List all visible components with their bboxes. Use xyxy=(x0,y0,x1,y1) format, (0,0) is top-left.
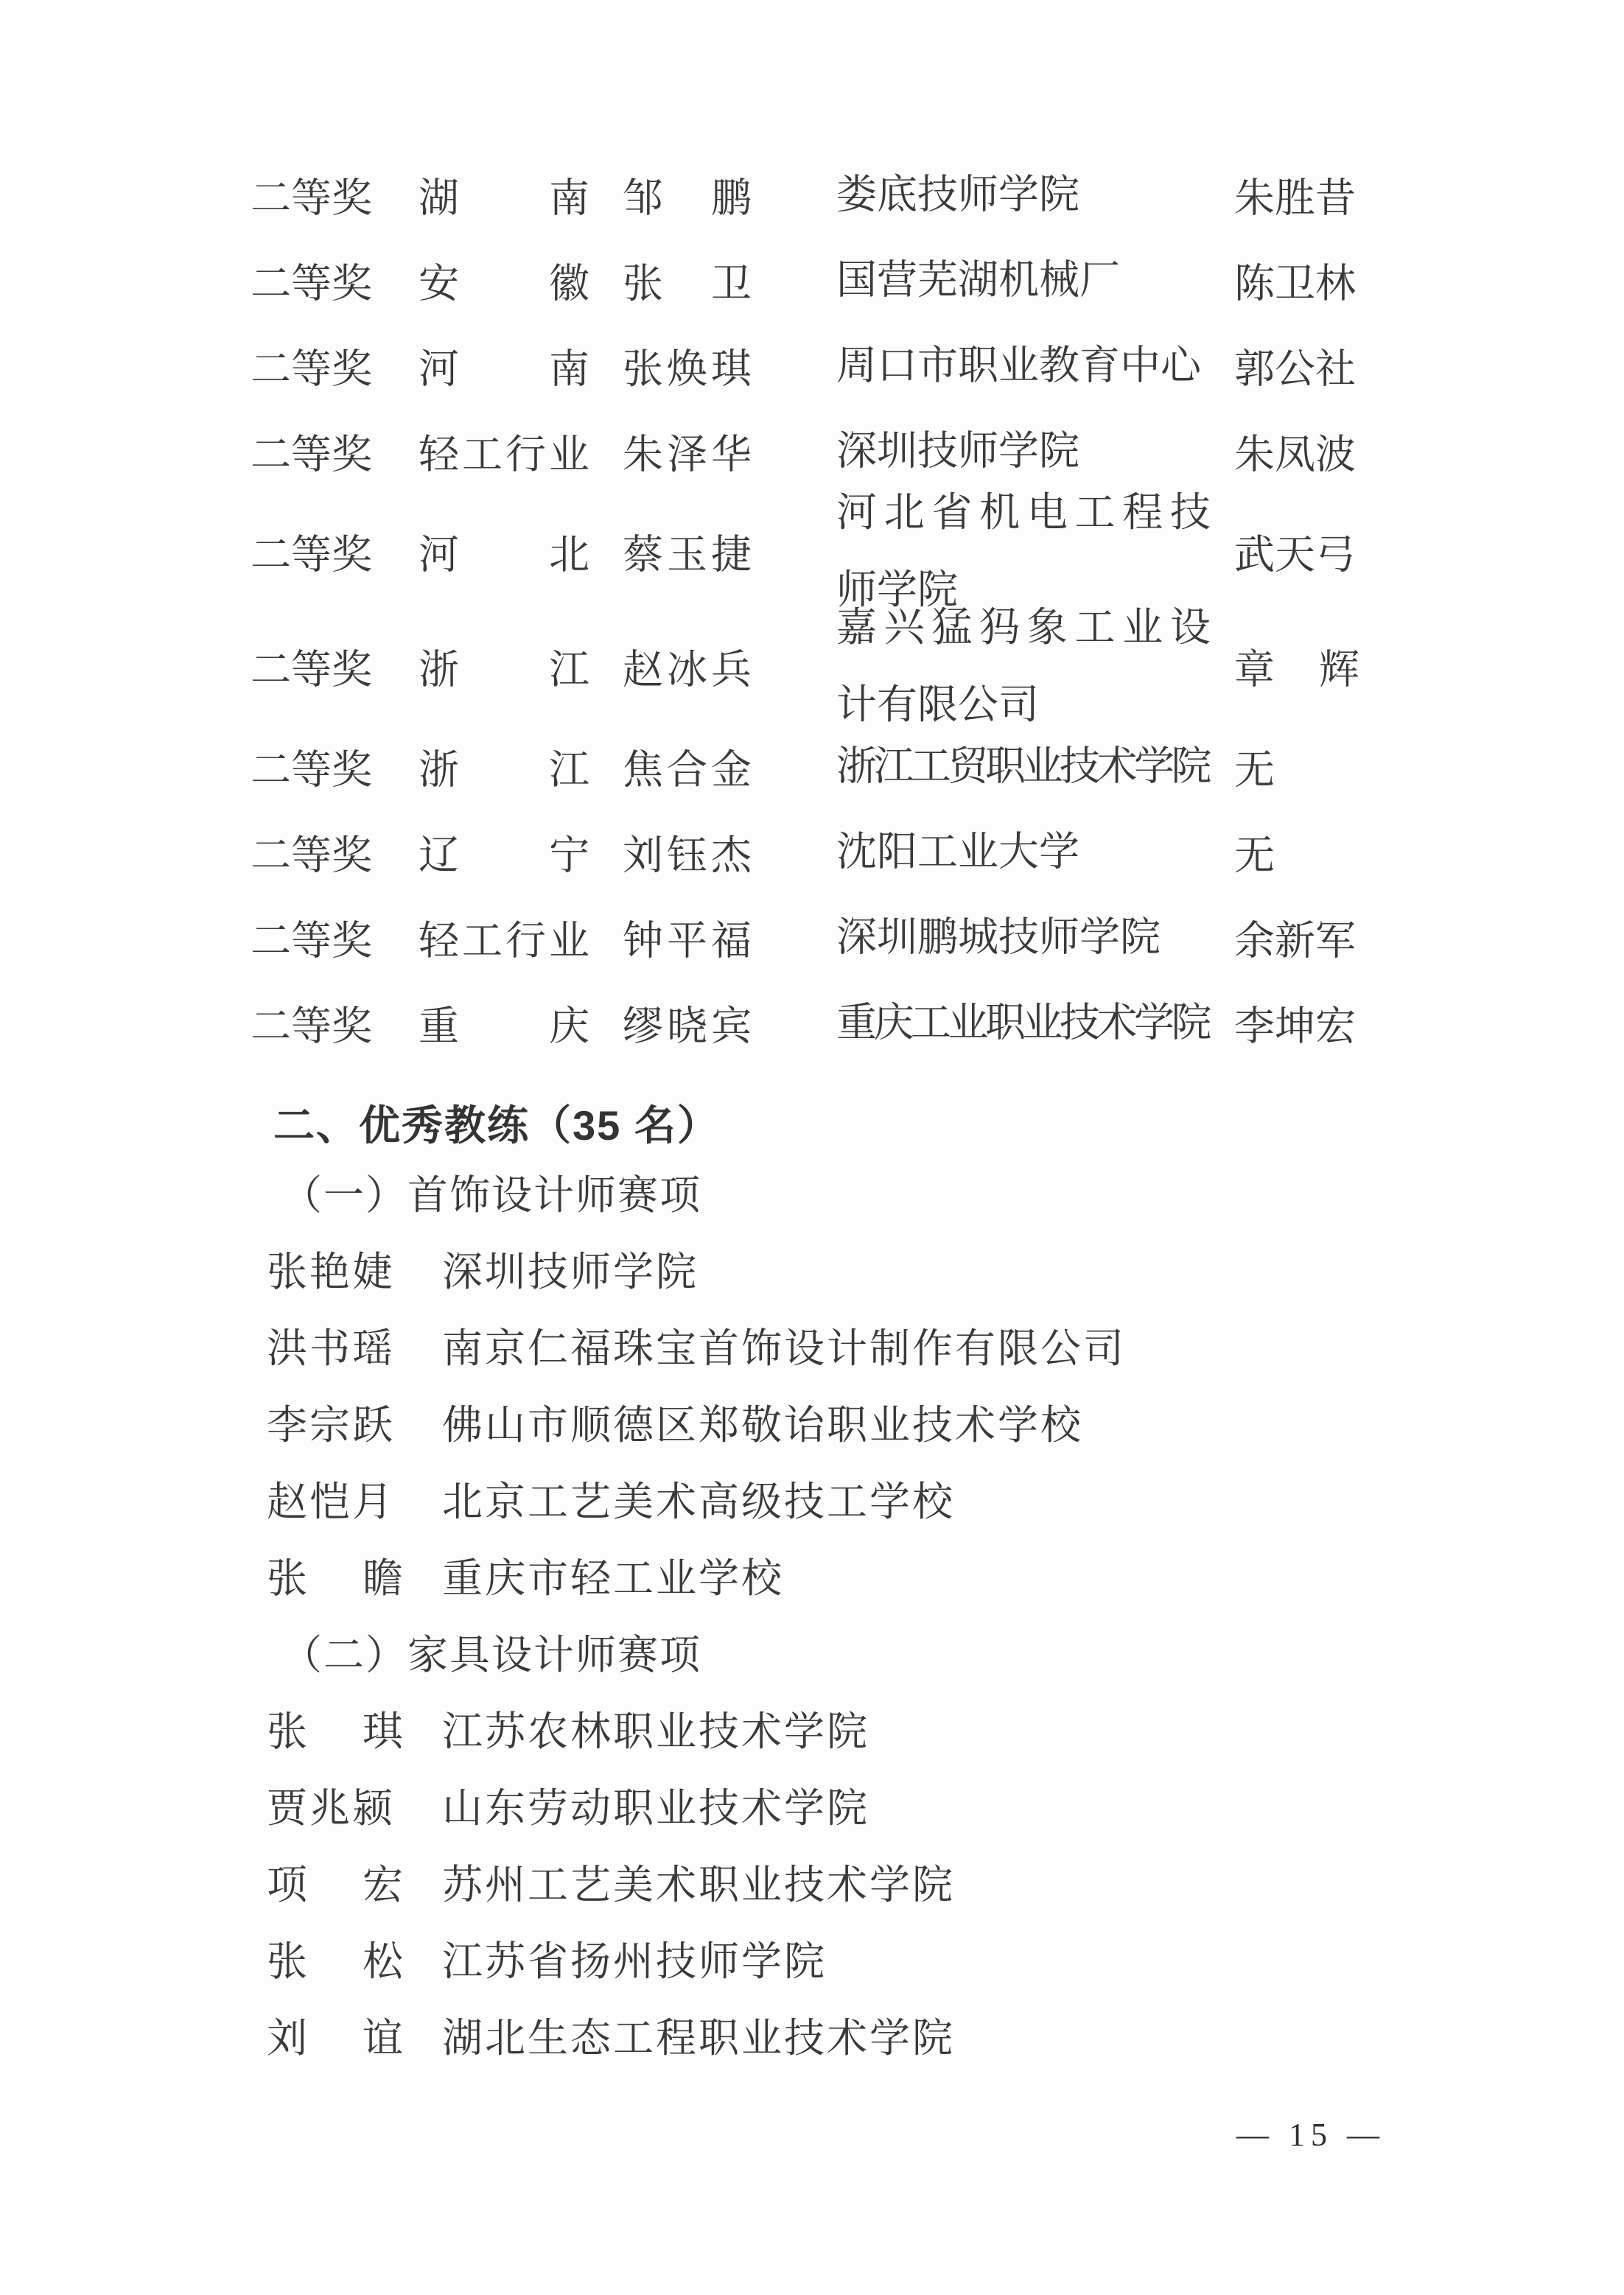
award-table: 二等奖湖南邹鹏娄底技师学院朱胜昔二等奖安徽张卫国营芜湖机械厂陈卫林二等奖河南张焕… xyxy=(251,152,1518,1065)
coach-row: 赵恺月北京工艺美术高级技工学校 xyxy=(0,1460,1624,1536)
table-row: 二等奖河南张焕琪周口市职业教育中心郭公社 xyxy=(251,323,1518,408)
coach-name: 项宏 xyxy=(267,1852,403,1910)
coach-org: 南京仁福珠宝首饰设计制作有限公司 xyxy=(442,1316,1126,1374)
char: 业 xyxy=(549,422,589,480)
char: 机 xyxy=(979,474,1020,551)
coach-name: 张松 xyxy=(267,1929,403,1987)
coach-name: 洪书瑶 xyxy=(267,1316,403,1374)
page-number: — 15 — xyxy=(1236,2116,1385,2154)
award-cell: 二等奖 xyxy=(251,737,376,796)
contestant-name-cell: 邹鹏 xyxy=(623,166,752,224)
table-row: 二等奖辽宁刘钰杰沈阳工业大学无 xyxy=(251,809,1518,894)
coach-name: 张琪 xyxy=(267,1699,403,1757)
char: 徽 xyxy=(549,251,589,309)
institution-cell: 深圳鹏城技师学院 xyxy=(836,899,1211,976)
section-title: 二、优秀教练（35 名） xyxy=(273,1093,720,1152)
institution-line: 沈阳工业大学 xyxy=(836,813,1211,891)
institution-line: 河北省机电工程技 xyxy=(836,474,1211,551)
institution-line: 国营芜湖机械厂 xyxy=(836,242,1211,319)
contestant-name-cell: 张卫 xyxy=(623,251,752,309)
contestant-name-cell: 赵冰兵 xyxy=(623,637,752,695)
char: 项 xyxy=(267,1852,307,1910)
region-cell: 重庆 xyxy=(419,994,589,1052)
region-cell: 河北 xyxy=(419,522,589,581)
coach-cell: 武天弓 xyxy=(1234,522,1359,581)
coach-org: 湖北生态工程职业技术学院 xyxy=(442,2005,955,2064)
table-row: 二等奖浙江赵冰兵嘉兴猛犸象工业设计有限公司章辉 xyxy=(251,609,1518,723)
char: 南 xyxy=(549,337,589,395)
char: 河 xyxy=(419,337,459,395)
char: 张 xyxy=(267,1546,307,1604)
char: 兴 xyxy=(884,589,925,666)
group-label: （一）首饰设计师赛项 xyxy=(0,1153,1624,1230)
institution-line: 周口市职业教育中心 xyxy=(836,327,1211,404)
coach-org: 江苏省扬州技师学院 xyxy=(442,1929,827,1987)
contestant-name-cell: 张焕琪 xyxy=(623,337,752,395)
coach-cell: 章辉 xyxy=(1234,637,1359,695)
award-cell: 二等奖 xyxy=(251,166,376,224)
contestant-name-cell: 焦合金 xyxy=(623,737,752,796)
char: 象 xyxy=(1027,589,1068,666)
institution-line: 深圳鹏城技师学院 xyxy=(836,899,1211,976)
char: 工 xyxy=(1075,474,1116,551)
char: 河 xyxy=(836,474,877,551)
coach-cell: 郭公社 xyxy=(1234,337,1359,395)
region-cell: 河南 xyxy=(419,337,589,395)
coach-org: 山东劳动职业技术学院 xyxy=(442,1776,869,1834)
institution-cell: 重庆工业职业技术学院 xyxy=(836,984,1211,1062)
char: 省 xyxy=(931,474,972,551)
char: 业 xyxy=(1122,589,1163,666)
award-cell: 二等奖 xyxy=(251,908,376,967)
award-cell: 二等奖 xyxy=(251,251,376,309)
coach-cell: 陈卫林 xyxy=(1234,251,1359,309)
char: 卫 xyxy=(711,251,752,309)
char: 辉 xyxy=(1319,637,1359,695)
coach-org: 佛山市顺德区郑敬诒职业技术学校 xyxy=(442,1392,1083,1451)
coach-cell: 余新军 xyxy=(1234,908,1359,967)
award-cell: 二等奖 xyxy=(251,522,376,581)
char: 行 xyxy=(505,422,546,480)
char: 设 xyxy=(1170,589,1211,666)
char: 北 xyxy=(549,522,589,581)
region-cell: 轻工行业 xyxy=(419,422,589,480)
coach-row: 张琪江苏农林职业技术学院 xyxy=(0,1689,1624,1766)
coach-row: 项宏苏州工艺美术职业技术学院 xyxy=(0,1843,1624,1919)
char: 张 xyxy=(623,251,663,309)
award-cell: 二等奖 xyxy=(251,337,376,395)
char: 轻 xyxy=(419,422,459,480)
region-cell: 轻工行业 xyxy=(419,908,589,967)
table-row: 二等奖重庆缪晓宾重庆工业职业技术学院李坤宏 xyxy=(251,980,1518,1065)
coach-list: （一）首饰设计师赛项张艳婕深圳技师学院洪书瑶南京仁福珠宝首饰设计制作有限公司李宗… xyxy=(0,1153,1624,2072)
char: 嘉 xyxy=(836,589,877,666)
table-row: 二等奖轻工行业钟平福深圳鹏城技师学院余新军 xyxy=(251,894,1518,980)
coach-cell: 无 xyxy=(1234,737,1359,796)
contestant-name-cell: 朱泽华 xyxy=(623,422,752,480)
coach-name: 刘谊 xyxy=(267,2005,403,2064)
char: 行 xyxy=(505,908,546,967)
char: 轻 xyxy=(419,908,459,967)
char: 浙 xyxy=(419,737,459,796)
char: 鹏 xyxy=(711,166,752,224)
table-row: 二等奖湖南邹鹏娄底技师学院朱胜昔 xyxy=(251,152,1518,237)
institution-cell: 国营芜湖机械厂 xyxy=(836,242,1211,319)
contestant-name-cell: 刘钰杰 xyxy=(623,823,752,881)
coach-cell: 无 xyxy=(1234,823,1359,881)
char: 河 xyxy=(419,522,459,581)
region-cell: 湖南 xyxy=(419,166,589,224)
document-page: 二等奖湖南邹鹏娄底技师学院朱胜昔二等奖安徽张卫国营芜湖机械厂陈卫林二等奖河南张焕… xyxy=(0,0,1624,2295)
char: 江 xyxy=(549,637,589,695)
char: 江 xyxy=(549,737,589,796)
char: 松 xyxy=(363,1929,403,1987)
coach-org: 苏州工艺美术职业技术学院 xyxy=(442,1852,955,1910)
region-cell: 浙江 xyxy=(419,737,589,796)
table-row: 二等奖浙江焦合金浙江工贸职业技术学院无 xyxy=(251,723,1518,809)
coach-cell: 李坤宏 xyxy=(1234,994,1359,1052)
char: 南 xyxy=(549,166,589,224)
char: 猛 xyxy=(931,589,972,666)
coach-org: 深圳技师学院 xyxy=(442,1239,699,1297)
region-cell: 安徽 xyxy=(419,251,589,309)
char: 张 xyxy=(267,1699,307,1757)
coach-name: 张艳婕 xyxy=(267,1239,403,1297)
coach-name: 张瞻 xyxy=(267,1546,403,1604)
award-cell: 二等奖 xyxy=(251,637,376,695)
char: 章 xyxy=(1234,637,1275,695)
institution-cell: 娄底技师学院 xyxy=(836,156,1211,234)
coach-row: 刘谊湖北生态工程职业技术学院 xyxy=(0,1996,1624,2072)
char: 程 xyxy=(1122,474,1163,551)
coach-name: 李宗跃 xyxy=(267,1392,403,1451)
coach-row: 洪书瑶南京仁福珠宝首饰设计制作有限公司 xyxy=(0,1306,1624,1383)
coach-org: 江苏农林职业技术学院 xyxy=(442,1699,869,1757)
institution-line: 浙江工贸职业技术学院 xyxy=(836,728,1211,805)
char: 电 xyxy=(1027,474,1068,551)
char: 刘 xyxy=(267,2005,307,2064)
char: 浙 xyxy=(419,637,459,695)
institution-cell: 沈阳工业大学 xyxy=(836,813,1211,891)
coach-name: 赵恺月 xyxy=(267,1469,403,1527)
coach-org: 重庆市轻工业学校 xyxy=(442,1546,784,1604)
char: 工 xyxy=(462,422,503,480)
char: 技 xyxy=(1170,474,1211,551)
char: 宁 xyxy=(549,823,589,881)
coach-row: 张松江苏省扬州技师学院 xyxy=(0,1919,1624,1996)
char: 瞻 xyxy=(363,1546,403,1604)
coach-row: 张瞻重庆市轻工业学校 xyxy=(0,1536,1624,1613)
contestant-name-cell: 缪晓宾 xyxy=(623,994,752,1052)
char: 湖 xyxy=(419,166,459,224)
award-cell: 二等奖 xyxy=(251,422,376,480)
char: 宏 xyxy=(363,1852,403,1910)
char: 工 xyxy=(1075,589,1116,666)
char: 犸 xyxy=(979,589,1020,666)
award-cell: 二等奖 xyxy=(251,994,376,1052)
char: 辽 xyxy=(419,823,459,881)
char: 庆 xyxy=(549,994,589,1052)
region-cell: 辽宁 xyxy=(419,823,589,881)
char: 邹 xyxy=(623,166,663,224)
char: 张 xyxy=(267,1929,307,1987)
char: 重 xyxy=(419,994,459,1052)
institution-line: 嘉兴猛犸象工业设 xyxy=(836,589,1211,666)
contestant-name-cell: 蔡玉捷 xyxy=(623,522,752,581)
institution-line: 重庆工业职业技术学院 xyxy=(836,984,1211,1062)
coach-cell: 朱胜昔 xyxy=(1234,166,1359,224)
char: 北 xyxy=(884,474,925,551)
char: 琪 xyxy=(363,1699,403,1757)
institution-cell: 浙江工贸职业技术学院 xyxy=(836,728,1211,805)
coach-row: 贾兆颍山东劳动职业技术学院 xyxy=(0,1766,1624,1843)
institution-cell: 周口市职业教育中心 xyxy=(836,327,1211,404)
coach-name: 贾兆颍 xyxy=(267,1776,403,1834)
coach-row: 李宗跃佛山市顺德区郑敬诒职业技术学校 xyxy=(0,1383,1624,1460)
char: 工 xyxy=(462,908,503,967)
contestant-name-cell: 钟平福 xyxy=(623,908,752,967)
char: 业 xyxy=(549,908,589,967)
char: 谊 xyxy=(363,2005,403,2064)
coach-row: 张艳婕深圳技师学院 xyxy=(0,1230,1624,1306)
table-row: 二等奖安徽张卫国营芜湖机械厂陈卫林 xyxy=(251,237,1518,323)
region-cell: 浙江 xyxy=(419,637,589,695)
institution-cell: 嘉兴猛犸象工业设计有限公司 xyxy=(836,589,1211,743)
institution-line: 娄底技师学院 xyxy=(836,156,1211,234)
coach-cell: 朱凤波 xyxy=(1234,422,1359,480)
award-cell: 二等奖 xyxy=(251,823,376,881)
char: 安 xyxy=(419,251,459,309)
group-label: （二）家具设计师赛项 xyxy=(0,1613,1624,1689)
coach-org: 北京工艺美术高级技工学校 xyxy=(442,1469,955,1527)
